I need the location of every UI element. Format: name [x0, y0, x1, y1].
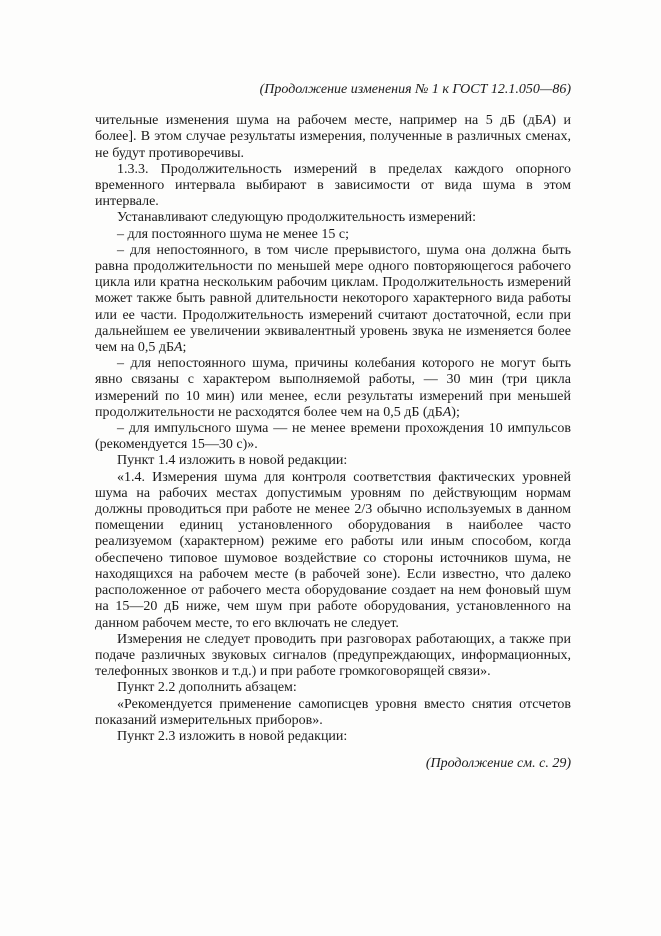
text-run: Устанавливают следующую продолжительност… [117, 210, 476, 225]
paragraph: Пункт 2.2 дополнить абзацем: [95, 680, 571, 696]
paragraph: – для импульсного шума — не менее времен… [95, 421, 571, 453]
paragraph: 1.3.3. Продолжительность измерений в пре… [95, 162, 571, 211]
paragraph: «1.4. Измерения шума для контроля соотве… [95, 470, 571, 632]
paragraph: «Рекомендуется применение самописцев уро… [95, 697, 571, 729]
text-run: ); [451, 405, 460, 420]
text-run: – для непостоянного шума, причины колеба… [95, 356, 571, 420]
text-run: Измерения не следует проводить при разго… [95, 632, 571, 679]
document-body: чительные изменения шума на рабочем мест… [95, 113, 571, 745]
continuation-header: (Продолжение изменения № 1 к ГОСТ 12.1.0… [95, 82, 571, 98]
italic-text-run: А [174, 340, 183, 355]
paragraph: Пункт 1.4 изложить в новой редакции: [95, 453, 571, 469]
text-run: 1.3.3. Продолжительность измерений в пре… [95, 162, 571, 209]
paragraph: – для непостоянного, в том числе прерыви… [95, 243, 571, 356]
document-page: (Продолжение изменения № 1 к ГОСТ 12.1.0… [0, 0, 661, 936]
paragraph: Измерения не следует проводить при разго… [95, 632, 571, 681]
paragraph: чительные изменения шума на рабочем мест… [95, 113, 571, 162]
text-run: чительные изменения шума на рабочем мест… [95, 113, 543, 128]
continuation-footer: (Продолжение см. с. 29) [95, 756, 571, 772]
text-run: – для непостоянного, в том числе прерыви… [95, 243, 571, 355]
text-run: «1.4. Измерения шума для контроля соотве… [95, 470, 571, 631]
text-run: Пункт 2.2 дополнить абзацем: [117, 680, 297, 695]
paragraph: – для постоянного шума не менее 15 с; [95, 227, 571, 243]
text-run: Пункт 2.3 изложить в новой редакции: [117, 729, 347, 744]
text-run: – для импульсного шума — не менее времен… [95, 421, 571, 452]
text-run: ; [183, 340, 187, 355]
text-run: Пункт 1.4 изложить в новой редакции: [117, 453, 347, 468]
paragraph: – для непостоянного шума, причины колеба… [95, 356, 571, 421]
italic-text-run: А [443, 405, 452, 420]
paragraph: Пункт 2.3 изложить в новой редакции: [95, 729, 571, 745]
text-run: – для постоянного шума не менее 15 с; [117, 227, 349, 242]
paragraph: Устанавливают следующую продолжительност… [95, 210, 571, 226]
text-run: «Рекомендуется применение самописцев уро… [95, 697, 571, 728]
